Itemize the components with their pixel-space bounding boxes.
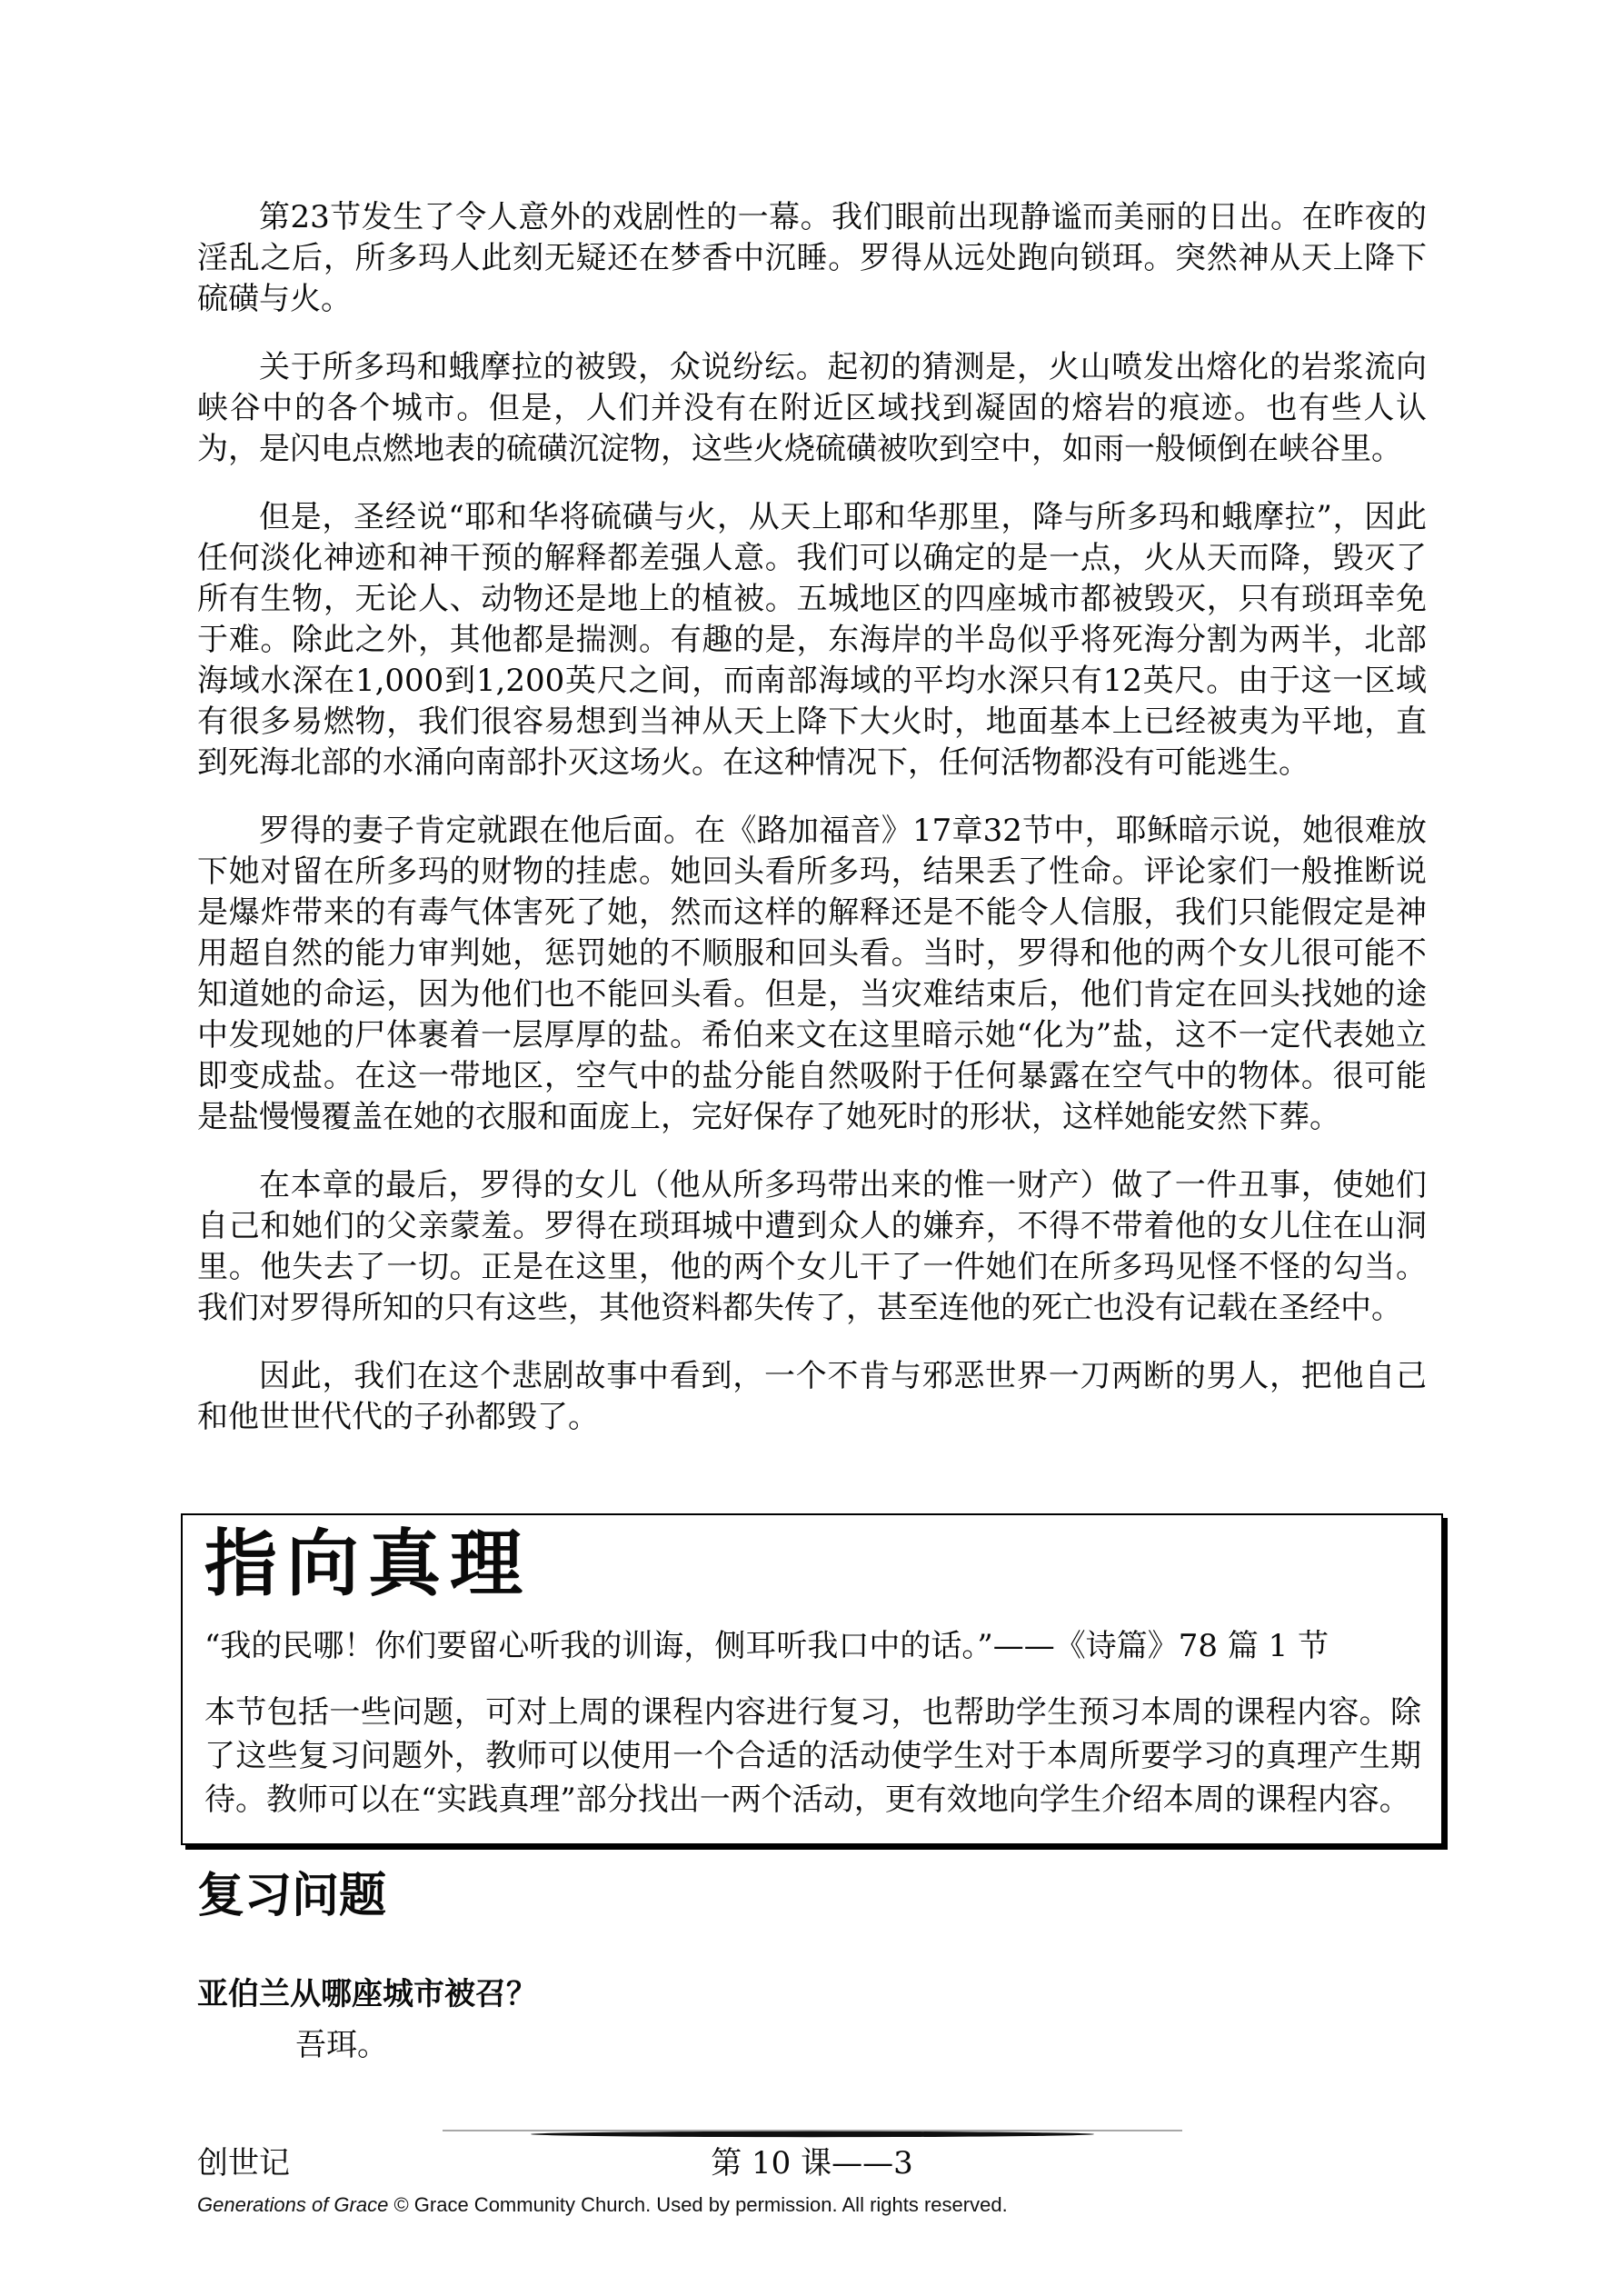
truth-scripture-quote: “我的民哪！你们要留心听我的训诲，侧耳听我口中的话。”——《诗篇》78 篇 1 … — [204, 1626, 1421, 1667]
body-paragraph: 在本章的最后，罗得的女儿（他从所多玛带出来的惟一财产）做了一件丑事，使她们自己和… — [197, 1165, 1427, 1329]
tapered-rule-icon — [435, 2127, 1190, 2140]
body-paragraph: 但是，圣经说“耶和华将硫磺与火，从天上耶和华那里，降与所多玛和蛾摩拉”，因此任何… — [197, 497, 1427, 784]
body-paragraph: 第23节发生了令人意外的戏剧性的一幕。我们眼前出现静谧而美丽的日出。在昨夜的淫乱… — [197, 197, 1427, 320]
body-paragraph: 因此，我们在这个悲剧故事中看到，一个不肯与邪恶世界一刀两断的男人，把他自己和他世… — [197, 1356, 1427, 1438]
truth-section-box: 指向真理 “我的民哪！你们要留心听我的训诲，侧耳听我口中的话。”——《诗篇》78… — [181, 1513, 1443, 1845]
footer-copyright-line: Generations of Grace © Grace Community C… — [197, 2192, 1427, 2218]
review-answer: 吾珥。 — [295, 2025, 388, 2066]
body-paragraph: 罗得的妻子肯定就跟在他后面。在《路加福音》17章32节中，耶稣暗示说，她很难放下… — [197, 811, 1427, 1138]
footer-book-title: 创世记 — [197, 2145, 290, 2181]
review-question: 亚伯兰从哪座城市被召？ — [197, 1974, 1427, 2015]
review-questions-heading: 复习问题 — [197, 1869, 386, 1923]
truth-section-body: 本节包括一些问题，可对上周的课程内容进行复习，也帮助学生预习本周的课程内容。除了… — [204, 1691, 1421, 1822]
document-page: 第23节发生了令人意外的戏剧性的一幕。我们眼前出现静谧而美丽的日出。在昨夜的淫乱… — [0, 0, 1623, 2296]
footer-page-label: 第 10 课——3 — [711, 2143, 913, 2184]
copyright-series-title: Generations of Grace — [197, 2193, 388, 2216]
lesson-body: 第23节发生了令人意外的戏剧性的一幕。我们眼前出现静谧而美丽的日出。在昨夜的淫乱… — [197, 197, 1427, 1506]
footer-divider-rule — [197, 2127, 1427, 2140]
body-paragraph: 关于所多玛和蛾摩拉的被毁，众说纷纭。起初的猜测是，火山喷发出熔化的岩浆流向峡谷中… — [197, 347, 1427, 470]
copyright-text: © Grace Community Church. Used by permis… — [388, 2193, 1007, 2216]
page-footer: 创世记 第 10 课——3 — [197, 2143, 1427, 2184]
truth-section-heading: 指向真理 — [204, 1524, 1421, 1602]
